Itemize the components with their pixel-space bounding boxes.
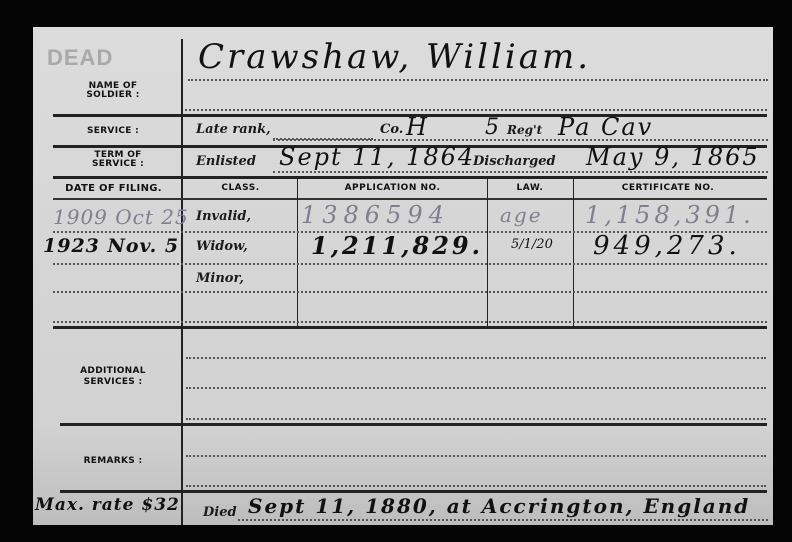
additional-line-3 [186,418,766,420]
additional-line-2 [186,387,766,389]
name-label-text: NAME OF SOLDIER : [86,81,139,100]
name-of-soldier-label: NAME OF SOLDIER : [73,82,153,100]
divider-line [53,198,767,200]
company-label: Co. [380,122,403,137]
late-rank-label: Late rank, [196,122,271,137]
remarks-line-2 [186,485,766,487]
certificate-no-header: CERTIFICATE NO. [573,183,763,193]
application-no-header: APPLICATION NO. [298,183,487,193]
died-value: Sept 11, 1880, at Accrington, England [248,494,750,518]
main-column-divider [181,39,183,525]
enlisted-label: Enlisted [196,154,256,169]
divider-line [60,423,767,426]
term-dotted [273,171,768,173]
law-header: LAW. [487,183,573,193]
divider-line [53,176,767,179]
row-3-dotted [53,291,767,293]
law-divider [573,177,574,327]
service-label: SERVICE : [58,127,168,136]
row-2-dotted [53,263,767,265]
date-of-filing-header: DATE OF FILING. [51,184,176,193]
certificate-no-2: 949,273. [593,231,741,261]
filing-date-2: 1923 Nov. 5 [43,235,179,257]
table-bottom-dotted [53,321,767,323]
additional-line-1 [186,357,766,359]
divider-line [53,326,767,329]
class-3: Minor, [196,271,244,286]
remarks-label: REMARKS : [73,457,153,466]
class-1: Invalid, [196,209,251,224]
name-dotted-line [188,79,768,81]
class-2: Widow, [196,239,248,254]
law-1: age [500,203,543,227]
regiment-label: Reg't [507,123,542,137]
discharged-value: May 9, 1865 [586,143,760,171]
name-underline-dashes [185,109,767,111]
remarks-line-1 [186,455,766,457]
law-2: 5/1/20 [511,237,553,252]
divider-line [60,490,767,493]
filing-date-1: 1909 Oct 25 [53,205,189,229]
class-divider [297,177,298,327]
application-no-2: 1,211,829. [311,231,483,260]
certificate-no-1: 1,158,391. [585,201,755,229]
regiment-number: 5 [485,115,501,140]
pension-index-card: DEAD NAME OF SOLDIER : Crawshaw, William… [33,27,773,525]
enlisted-value: Sept 11, 1864 [279,143,475,171]
died-label: Died [203,505,237,520]
class-header: CLASS. [183,183,298,193]
dead-stamp: DEAD [47,45,113,71]
died-dotted [238,519,768,521]
service-dotted [273,139,768,141]
application-divider [487,177,488,327]
regiment-value: Pa Cav [558,113,653,141]
discharged-label: Discharged [473,154,556,169]
term-of-service-label: TERM OF SERVICE : [88,151,148,169]
additional-services-label: ADDITIONAL SERVICES : [73,366,153,388]
soldier-name: Crawshaw, William. [198,37,591,77]
application-no-1: 1386594 [301,201,450,229]
footer-left-note: Max. rate $32 [35,495,180,515]
company-value: H [406,113,429,141]
